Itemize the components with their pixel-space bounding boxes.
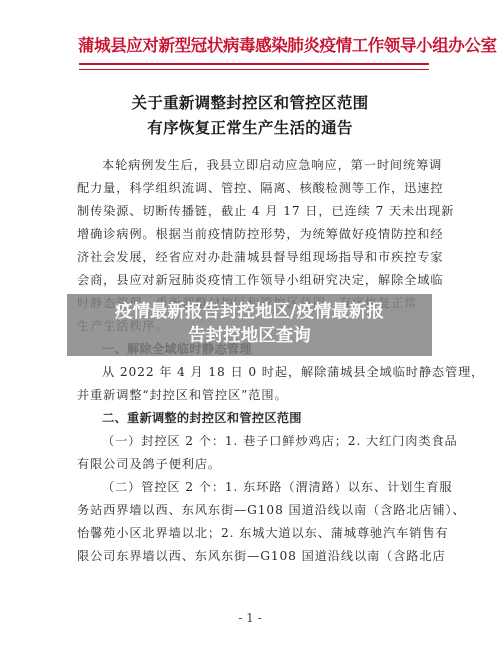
text-line: 从 2022 年 4 月 18 日 0 时起，解除蒲城县全域临时静态管理，: [77, 361, 427, 384]
document-title: 关于重新调整封控区和管控区范围 有序恢复正常生产生活的通告: [80, 91, 420, 141]
text-line: 配力量，科学组织流调、管控、隔离、核酸检测等工作，迅速控: [77, 177, 427, 200]
text-line: 怡馨苑小区北界墙以北；2. 东城大道以东、蒲城尊驰汽车销售有: [77, 522, 427, 545]
text-line: 制传染源、切断传播链，截止 4 月 17 日，已连续 7 天未出现新: [77, 200, 427, 223]
page-number: - 1 -: [0, 611, 500, 625]
text-line: 会商，县应对新冠肺炎疫情工作领导小组研究决定，解除全域临: [77, 269, 427, 292]
text-line: 本轮病例发生后，我县立即启动应急响应，第一时间统筹调: [77, 154, 427, 177]
header-rule-thin: [79, 69, 429, 70]
text-line: （二）管控区 2 个：1. 东环路（渭清路）以东、计划生育服: [77, 476, 427, 499]
section-2: 二、重新调整的封控区和管控区范围 （一）封控区 2 个：1. 巷子口鲜炒鸡店；2…: [77, 407, 427, 568]
org-header: 蒲城县应对新型冠状病毒感染肺炎疫情工作领导小组办公室: [78, 32, 428, 56]
text-line: （一）封控区 2 个：1. 巷子口鲜炒鸡店；2. 大红门肉类食品: [77, 430, 427, 453]
overlay-title: 疫情最新报告封控地区/疫情最新报 告封控地区查询: [67, 294, 432, 356]
text-line: 限公司东界墙以西、东风东街—G108 国道沿线以南（含路北店: [77, 545, 427, 568]
section-2-heading: 二、重新调整的封控区和管控区范围: [77, 407, 427, 430]
overlay-title-line-1: 疫情最新报告封控地区/疫情最新报: [67, 300, 432, 324]
overlay-title-line-2: 告封控地区查询: [67, 324, 432, 348]
text-line: 并重新调整“封控区和管控区”范围。: [77, 384, 427, 407]
text-line: 济社会发展，经省应对办赴蒲城县督导组现场指导和市疾控专家: [77, 246, 427, 269]
title-line-1: 关于重新调整封控区和管控区范围: [80, 91, 420, 116]
text-line: 务站西界墙以西、东风东街—G108 国道沿线以南（含路北店铺）、: [77, 499, 427, 522]
text-line: 有限公司及鸽子便利店。: [77, 453, 427, 476]
title-line-2: 有序恢复正常生产生活的通告: [80, 116, 420, 141]
header-rule-thick: [79, 63, 429, 65]
text-line: 增确诊病例。根据当前疫情防控形势，为统筹做好疫情防控和经: [77, 223, 427, 246]
